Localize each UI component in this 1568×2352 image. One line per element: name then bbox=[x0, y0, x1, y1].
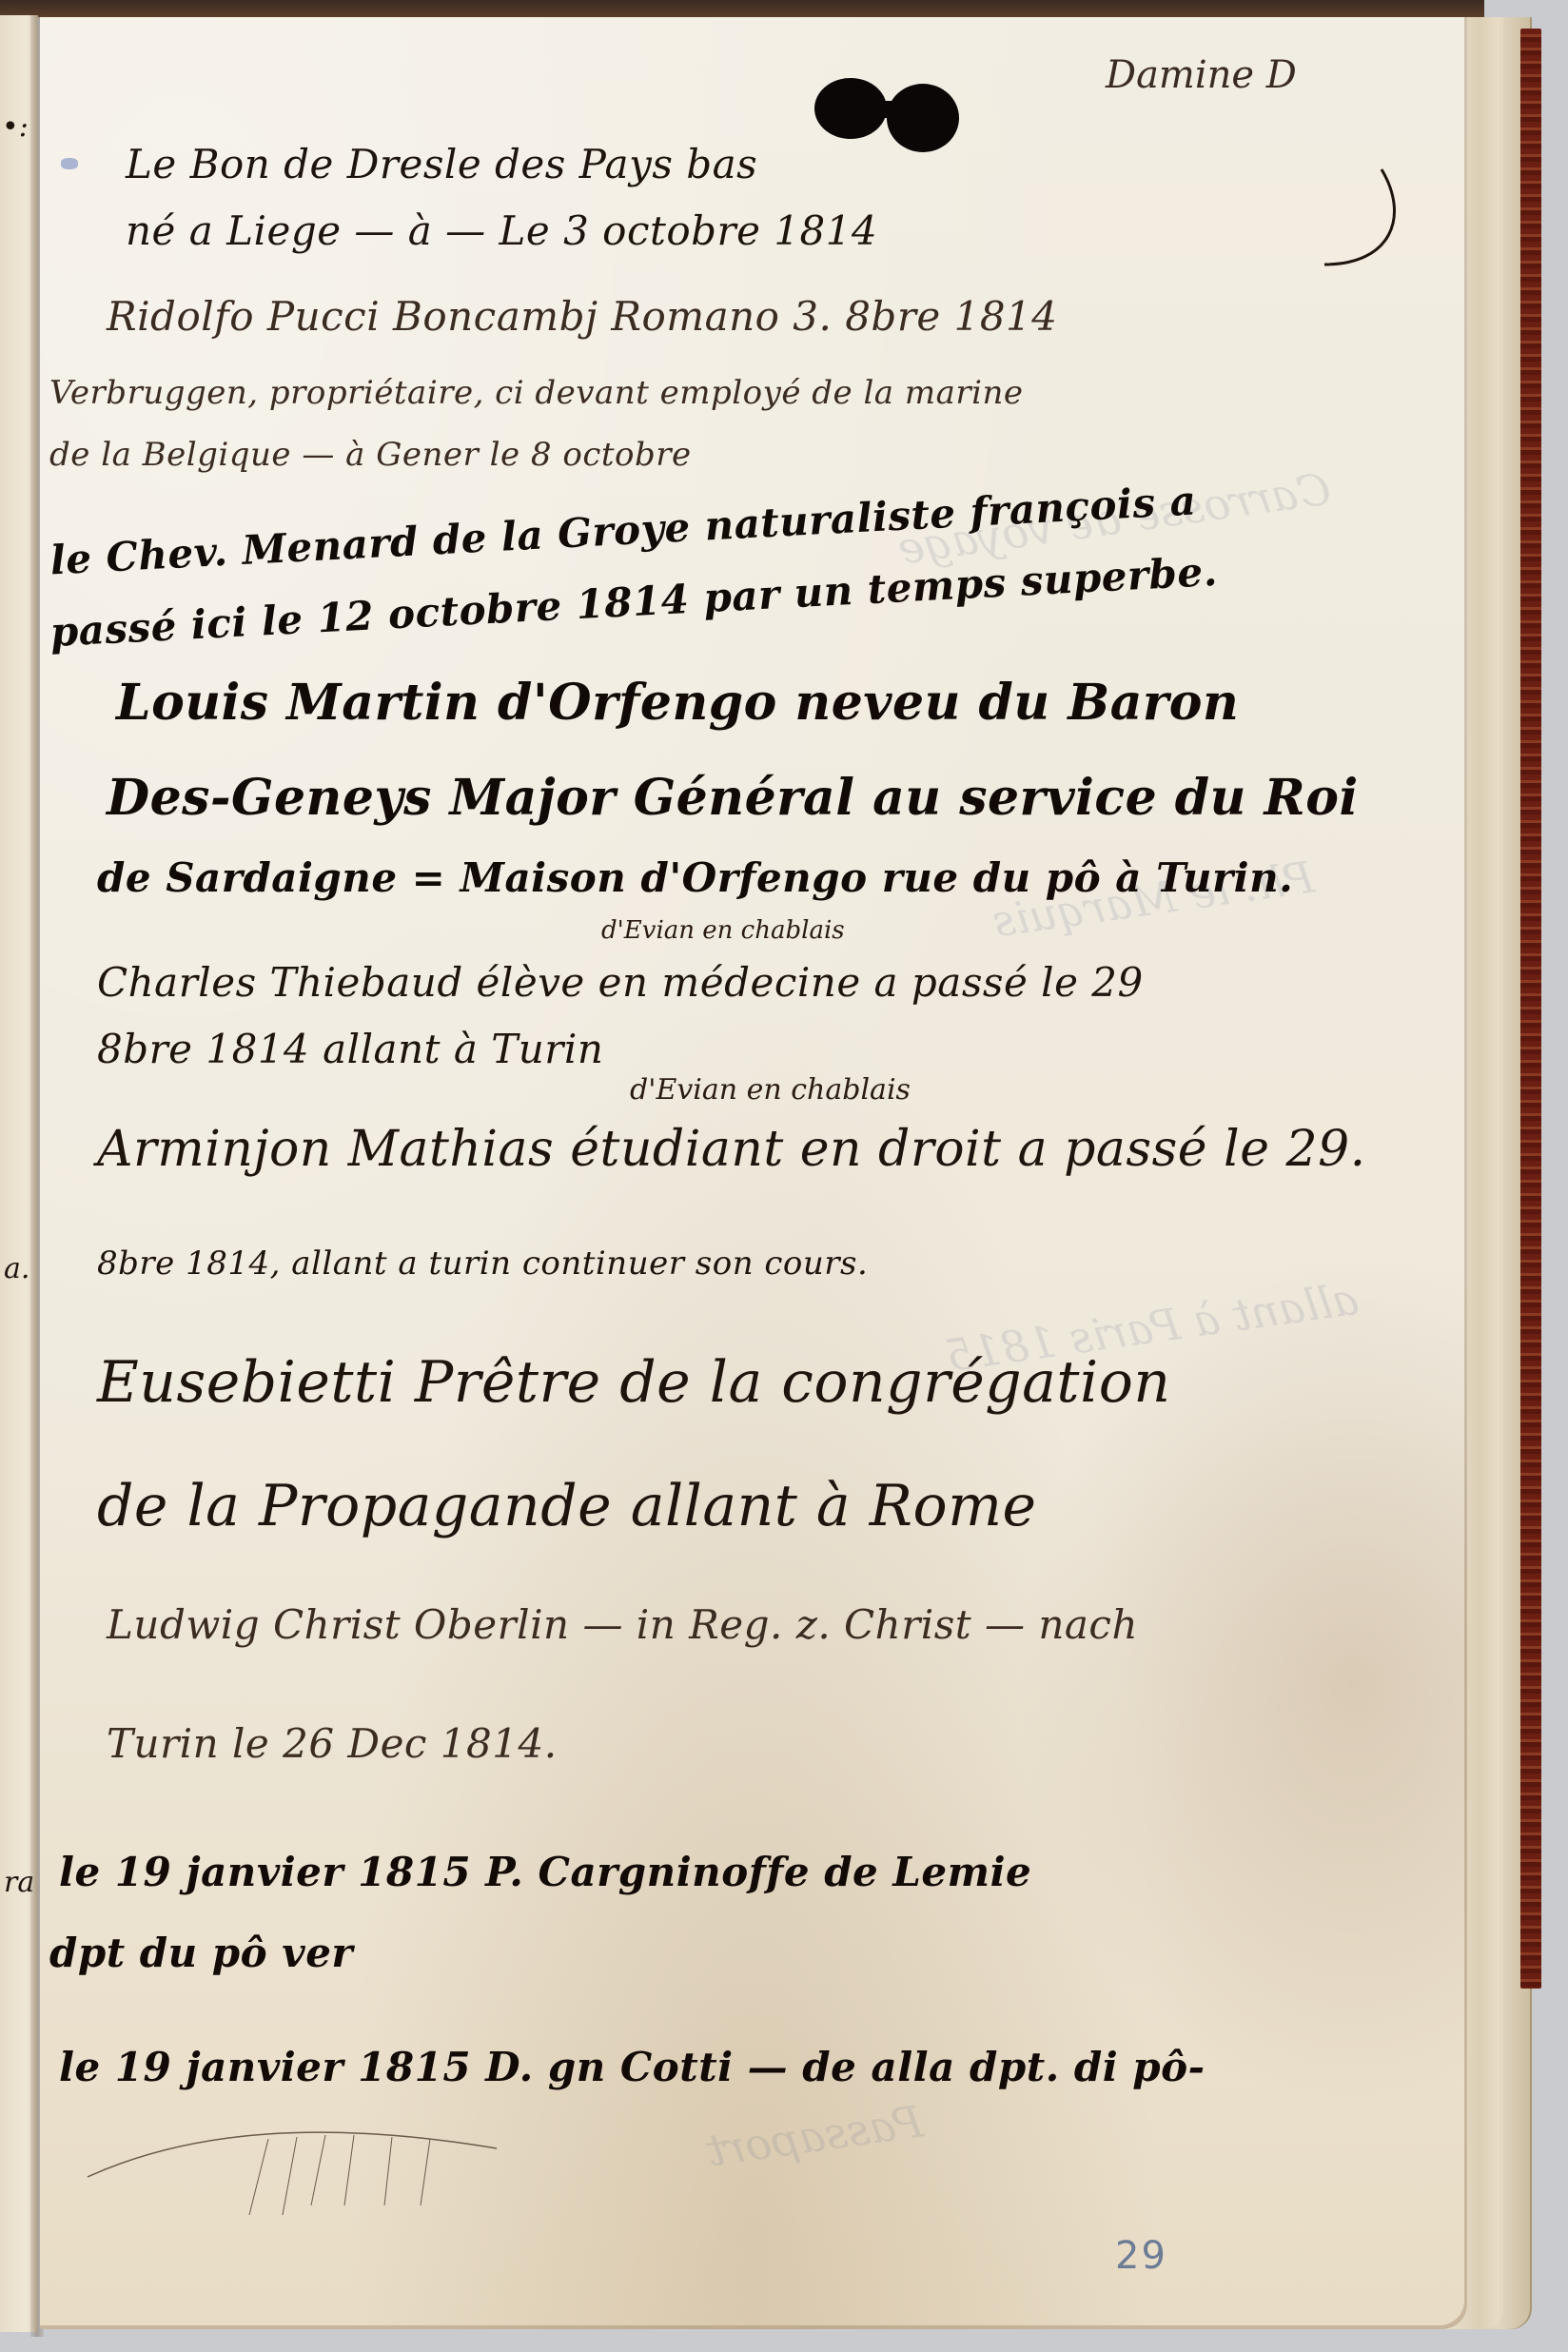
margin-fragment: •: bbox=[2, 110, 29, 144]
entry-line: Ludwig Christ Oberlin — in Reg. z. Chris… bbox=[107, 1601, 1138, 1648]
entry-line: 8bre 1814, allant a turin continuer son … bbox=[97, 1245, 868, 1283]
entry-line: Le Bon de Dresle des Pays bas bbox=[126, 141, 757, 187]
manuscript-page: Carrosse de voyage Ph. le Marquis allant… bbox=[40, 17, 1467, 2329]
ink-blot-stain bbox=[811, 72, 963, 158]
entry-line: de Sardaigne = Maison d'Orfengo rue du p… bbox=[97, 854, 1293, 901]
entry-line: de la Propagande allant à Rome bbox=[97, 1473, 1036, 1539]
book-cover-edge bbox=[0, 0, 1484, 17]
entry-line: Verbruggen, propriétaire, ci devant empl… bbox=[49, 374, 1024, 412]
entry-line: Turin le 26 Dec 1814. bbox=[107, 1720, 558, 1767]
folio-number: 29 bbox=[1115, 2234, 1167, 2278]
manuscript-scan: •: a. ra Carrosse de voyage Ph. le Marqu… bbox=[0, 0, 1568, 2352]
entry-line: 8bre 1814 allant à Turin bbox=[97, 1026, 603, 1072]
entry-line: Ridolfo Pucci Boncambj Romano 3. 8bre 18… bbox=[107, 293, 1058, 340]
entry-line: le 19 janvier 1815 P. Cargninoffe de Lem… bbox=[59, 1849, 1031, 1895]
interlinear-insertion: d'Evian en chablais bbox=[630, 1073, 911, 1107]
closing-flourish bbox=[1305, 160, 1420, 274]
entry-line: Arminjon Mathias étudiant en droit a pas… bbox=[97, 1121, 1366, 1178]
book-spine-binding bbox=[1520, 29, 1541, 1989]
show-through-text: Passaport bbox=[703, 2095, 926, 2176]
blue-mark bbox=[61, 158, 78, 169]
entry-line: Eusebietti Prêtre de la congrégation bbox=[97, 1349, 1171, 1416]
entry-line: Louis Martin d'Orfengo neveu du Baron bbox=[116, 674, 1239, 732]
top-right-annotation: Damine D bbox=[1106, 53, 1297, 97]
entry-line: de la Belgique — à Gener le 8 octobre bbox=[49, 436, 692, 474]
margin-fragment: a. bbox=[4, 1252, 29, 1285]
entry-line: le 19 janvier 1815 D. gn Cotti — de alla… bbox=[59, 2044, 1205, 2090]
entry-line: Des-Geneys Major Général au service du R… bbox=[107, 769, 1359, 827]
pencil-scribble bbox=[78, 2110, 554, 2225]
interlinear-insertion: d'Evian en chablais bbox=[601, 916, 845, 945]
entry-line: né a Liege — à — Le 3 octobre 1814 bbox=[126, 207, 877, 254]
entry-line: Charles Thiebaud élève en médecine a pas… bbox=[97, 959, 1144, 1006]
entry-line: dpt du pô ver bbox=[49, 1930, 353, 1976]
